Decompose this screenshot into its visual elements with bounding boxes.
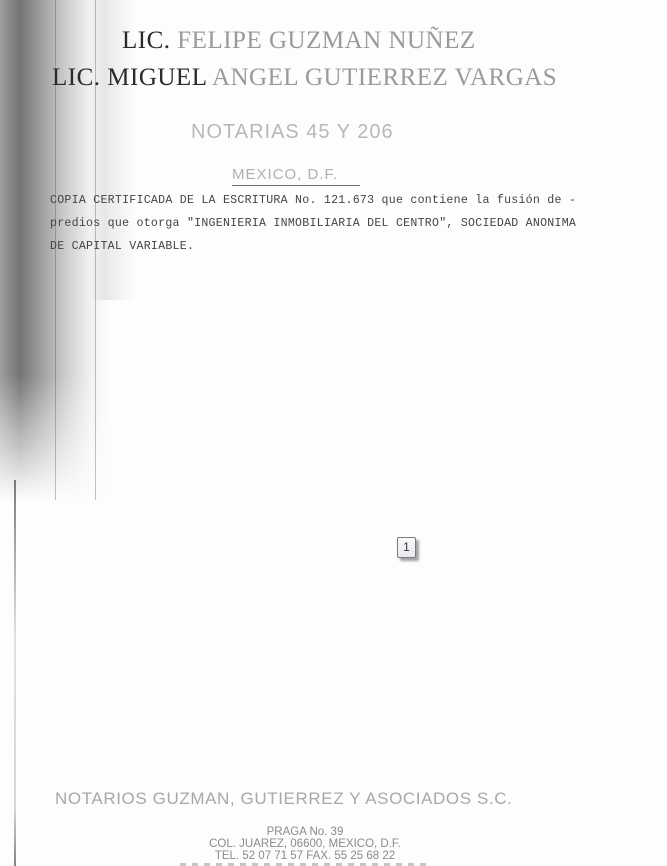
address-line: PRAGA No. 39	[140, 826, 470, 838]
address-line: COL. JUAREZ, 06600, MEXICO, D.F.	[140, 838, 470, 850]
notary-name-2-prefix: LIC. MIGUEL	[52, 64, 207, 91]
firm-address: PRAGA No. 39 COL. JUAREZ, 06600, MEXICO,…	[140, 826, 470, 862]
body-line: COPIA CERTIFICADA DE LA ESCRITURA No. 12…	[50, 189, 667, 212]
firm-name: NOTARIOS GUZMAN, GUTIERREZ Y ASOCIADOS S…	[55, 789, 512, 809]
scan-edge-line	[14, 480, 16, 866]
body-line: predios que otorga "INGENIERIA INMOBILIA…	[50, 212, 667, 235]
notary-name-1: LIC. FELIPE GUZMAN NUÑEZ	[122, 27, 476, 55]
page-number-badge[interactable]: 1	[397, 537, 416, 558]
document-page: LIC. FELIPE GUZMAN NUÑEZ LIC. MIGUEL ANG…	[0, 0, 667, 866]
notarias-label: NOTARIAS 45 Y 206	[191, 121, 394, 144]
city-label: MEXICO, D.F.	[232, 166, 360, 186]
notary-name-2-rest: ANGEL GUTIERREZ VARGAS	[212, 64, 557, 91]
notary-name-1-prefix: LIC.	[122, 27, 171, 54]
address-line: TEL. 52 07 71 57 FAX. 55 25 68 22	[140, 850, 470, 862]
notary-name-1-rest: FELIPE GUZMAN NUÑEZ	[177, 27, 475, 54]
body-line: DE CAPITAL VARIABLE.	[50, 235, 667, 258]
notary-name-2: LIC. MIGUEL ANGEL GUTIERREZ VARGAS	[52, 64, 557, 92]
certified-copy-text: COPIA CERTIFICADA DE LA ESCRITURA No. 12…	[50, 189, 667, 258]
